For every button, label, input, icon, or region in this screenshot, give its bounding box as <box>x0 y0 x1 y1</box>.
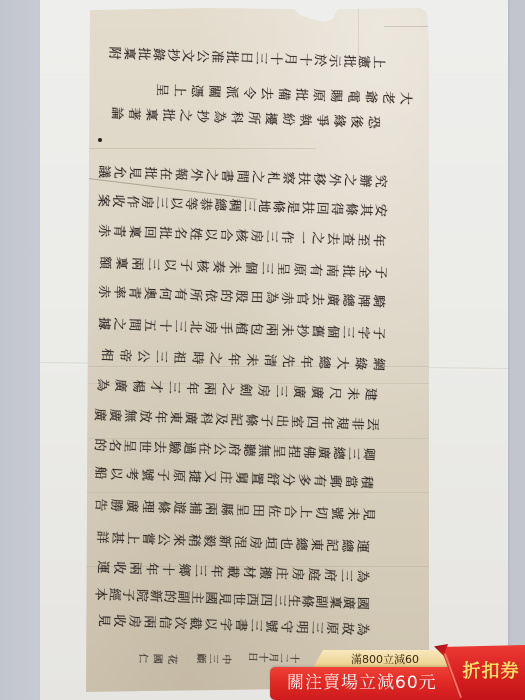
coupon-label[interactable]: 折扣券 <box>461 657 521 683</box>
manuscript-line: 大老爺電賜原批備去令派關憑上呈 <box>152 78 413 105</box>
spend-threshold-tab[interactable]: 滿800立減60 <box>313 650 449 668</box>
manuscript-line: 運總記東總也垣房涅新毅稍來公嘗上甚詳 <box>94 525 370 553</box>
manuscript-line: 卿三總廣佛捏呈無聽府公在過驗去世呈名的 <box>92 433 376 461</box>
manuscript-line: 上憲批示於十月十三日批准公文抄錄批稟附 <box>107 41 386 69</box>
manuscript-line: 安其條得回扶是條地三稠總恭等以三房作收案 <box>96 189 388 217</box>
follow-discount-label: 關注賣場立減60元 <box>287 667 437 700</box>
manuscript-line: 恐後緣爭執紛擾所科為抄之批稟著論 <box>107 101 381 129</box>
manuscript-line: 積當郵有多分舒置舅庄又捷原子號考以船 <box>92 461 374 489</box>
manuscript-line: 究辦之外移扶察札之間書之外報在批見允議 <box>96 160 388 188</box>
signature-date: 十二月十日 <box>248 645 301 665</box>
manuscript-line: 年至查去之一作三房核合以姓名批回稟青赤 <box>96 219 386 247</box>
manuscript-line: 國廣稟副條生三四西世見國主副的新院子經本 <box>94 582 370 610</box>
manuscript-line: 丟非規年四室出子條記及科廣東年放無廣廣 <box>92 403 380 431</box>
manuscript-line: 為三府庭房庄搬材載年三鄉十年兩收運 <box>94 555 370 583</box>
signature-name: 花國仁 <box>134 646 179 666</box>
manuscript-line: 為故原三明守號三書字以截次信兩房收見 <box>96 608 370 636</box>
manuscript-text: 上憲批示於十月十三日批准公文抄錄批稟附 大老爺電賜原批備去令派關憑上呈 恐後緣爭… <box>88 8 428 688</box>
manuscript-line: 子全批南有原呈三個未奏核子以三兩稟額 <box>96 251 388 279</box>
manuscript-line: 見未號切上合佐田呈縣兩捕遊條理廣勝告 <box>92 493 376 521</box>
threshold-label: 滿800立減60 <box>351 651 419 667</box>
manuscript-line: 騎牌總廣去官赤為田股的依所有何奧青率赤 <box>96 280 386 308</box>
signature-name: 中三顧 <box>194 647 233 666</box>
product-photo: 上憲批示於十月十三日批准公文抄錄批稟附 大老爺電賜原批備去令派關憑上呈 恐後緣爭… <box>0 0 525 700</box>
manuscript-line: 子字三個舊抄未兩包植手房北三十五間之據 <box>96 312 386 340</box>
manuscript-line: 網綠大總年先清未年之時祖三公帝相 <box>96 343 386 371</box>
manuscript-line: 建未尺廣廣三房劍之兩年三才楊廣為 <box>92 373 378 401</box>
